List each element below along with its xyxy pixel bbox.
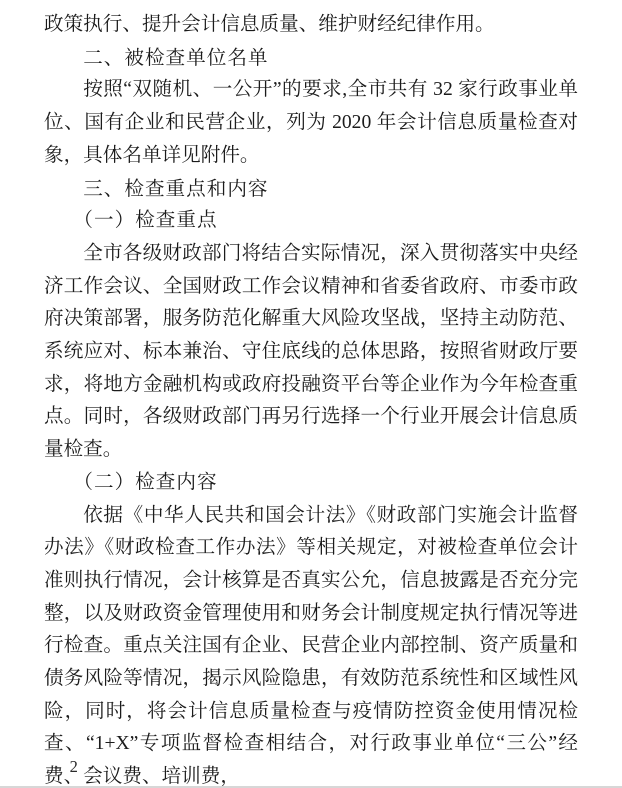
sub-heading-inspection-content: （二）检查内容 [44,467,578,500]
document-page: 政策执行、提升会计信息质量、维护财经纪律作用。 二、被检查单位名单 按照“双随机… [0,0,622,788]
paragraph-policy-role-continued: 政策执行、提升会计信息质量、维护财经纪律作用。 [44,9,578,42]
section-heading-inspection-focus-content: 三、检查重点和内容 [44,173,578,206]
paragraph-inspection-content: 依据《中华人民共和国会计法》《财政部门实施会计监督办法》《财政检查工作办法》等相… [44,500,578,788]
section-heading-inspected-units-list: 二、被检查单位名单 [44,42,578,75]
sub-heading-inspection-focus: （一）检查重点 [44,205,578,238]
paragraph-inspected-units: 按照“双随机、一公开”的要求,全市共有 32 家行政事业单位、国有企业和民营企业… [44,74,578,172]
document-content: 政策执行、提升会计信息质量、维护财经纪律作用。 二、被检查单位名单 按照“双随机… [0,0,622,788]
paragraph-inspection-focus: 全市各级财政部门将结合实际情况，深入贯彻落实中央经济工作会议、全国财政工作会议精… [44,238,578,467]
page-number: - 2 - [54,757,97,777]
